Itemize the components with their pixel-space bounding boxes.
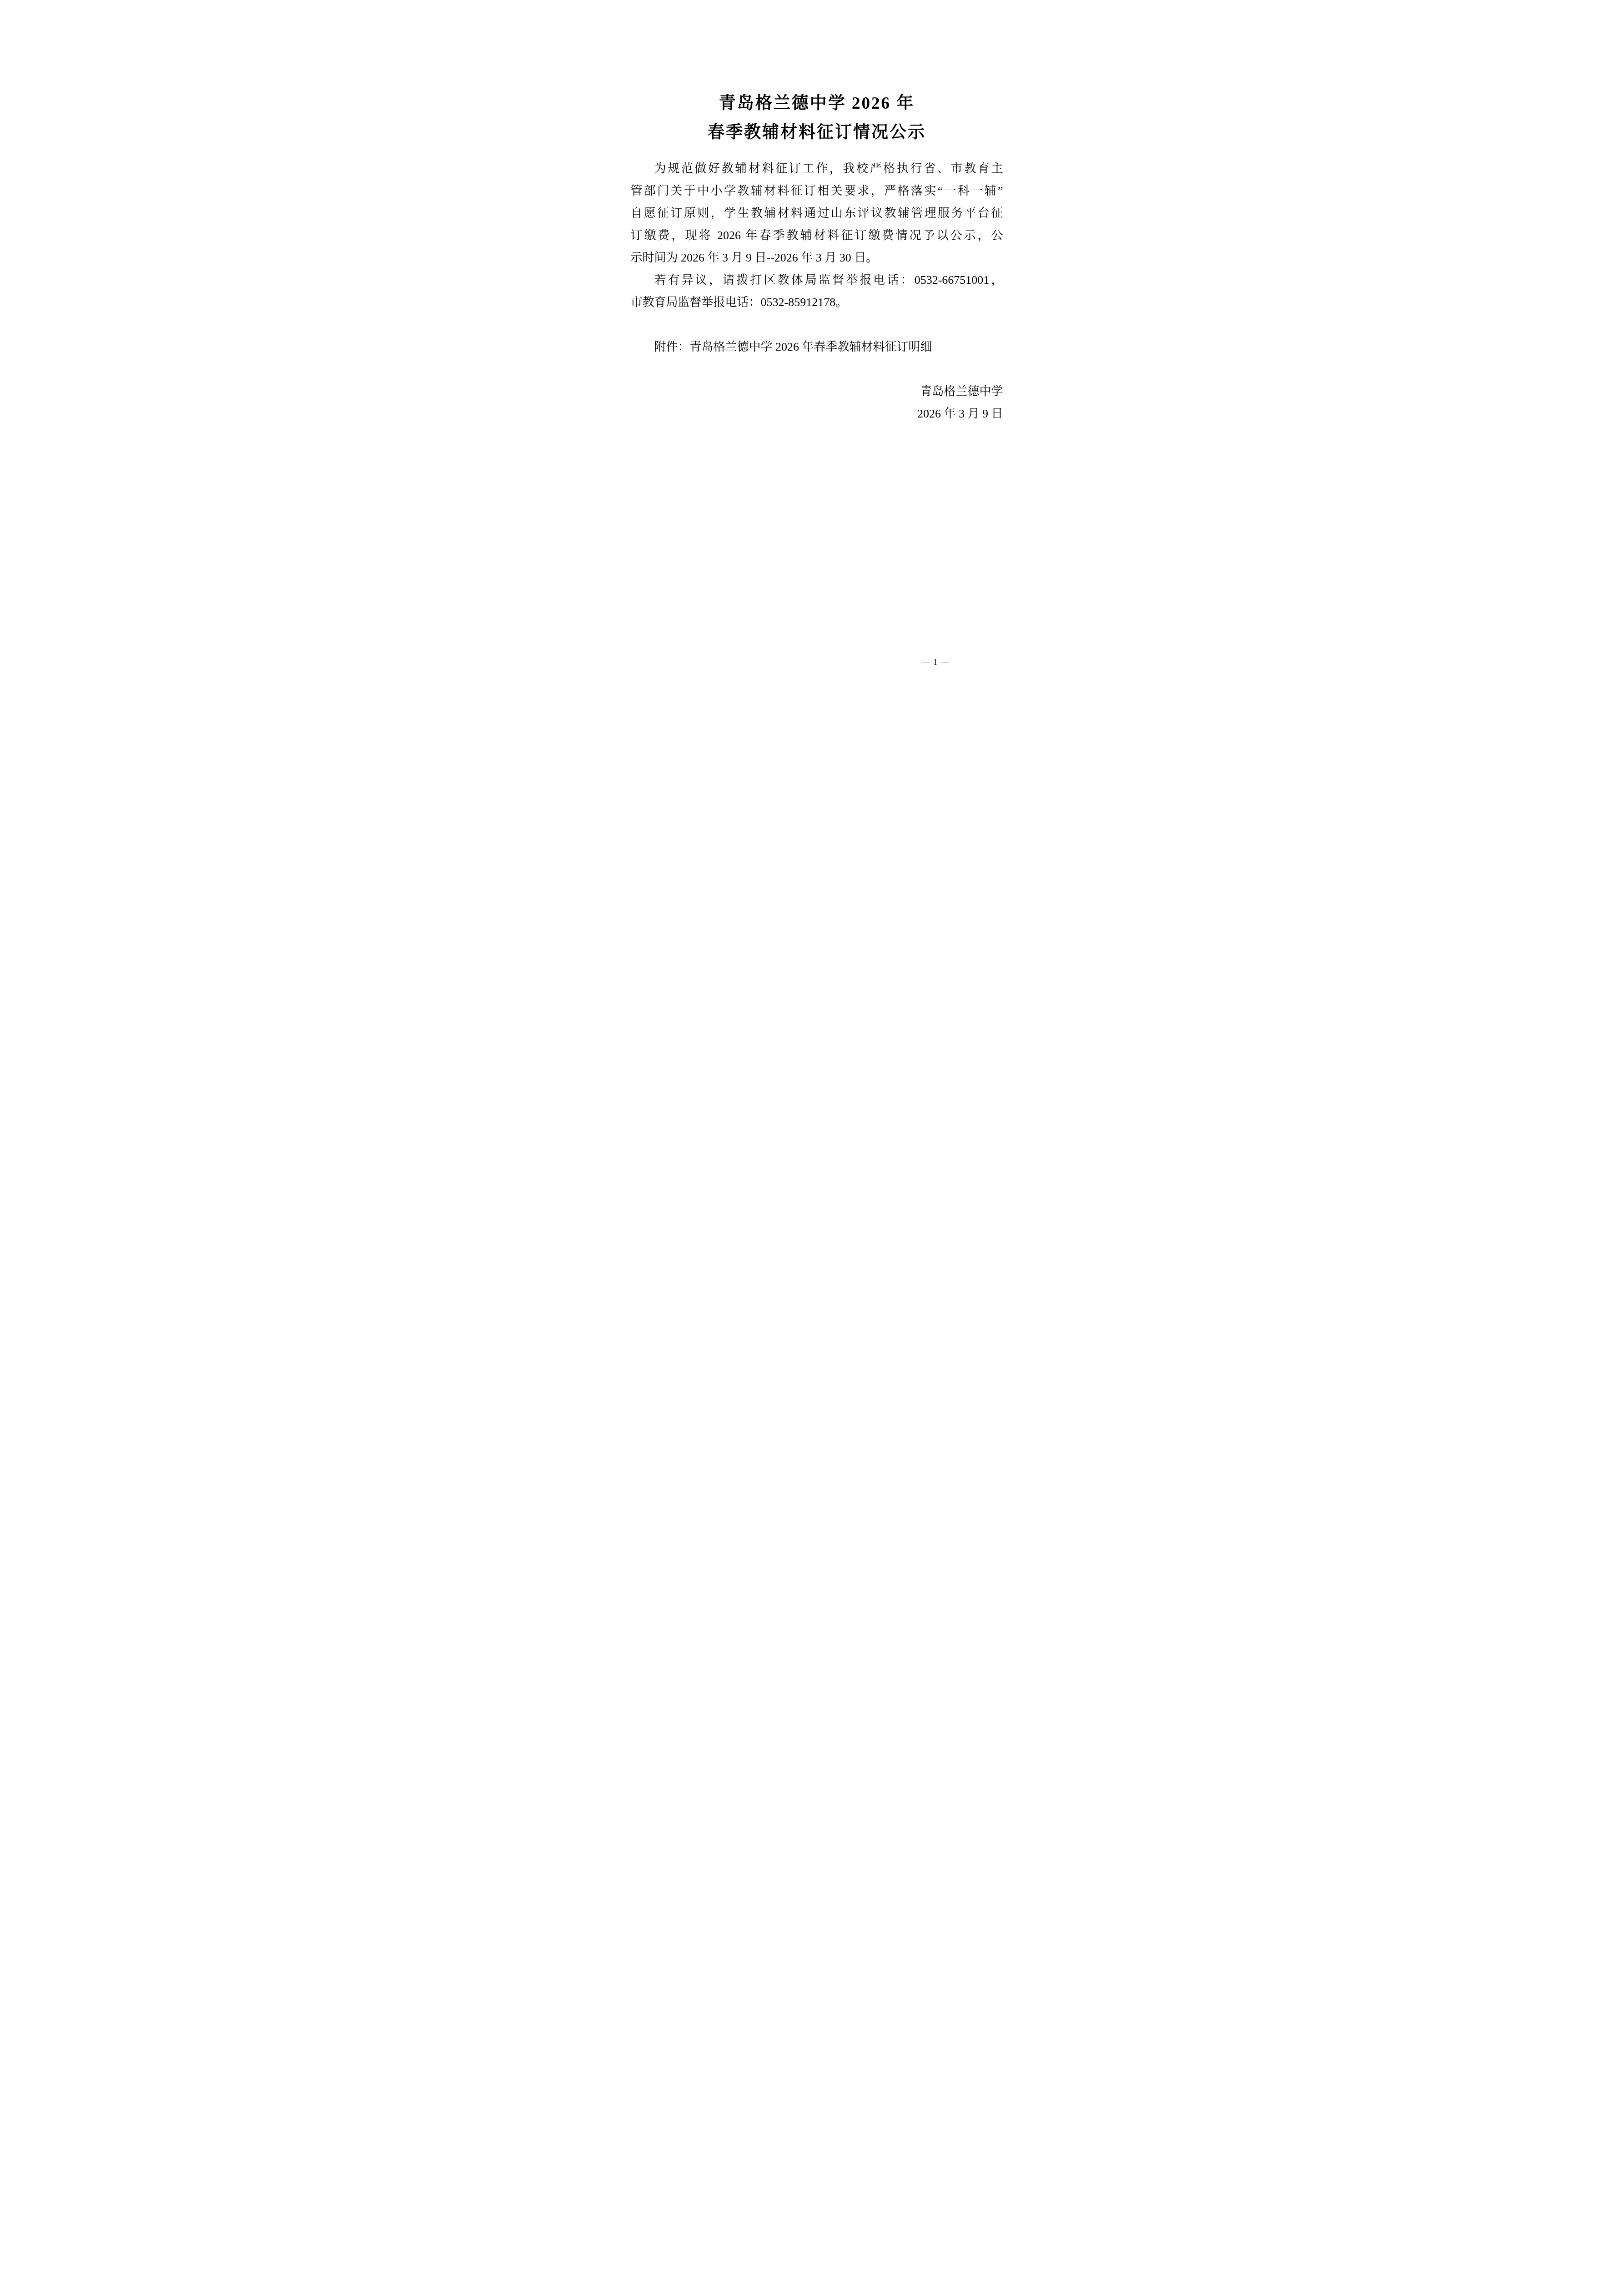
document-page: 青岛格兰德中学 2026 年 春季教辅材料征订情况公示 为规范做好教辅材料征订工… [562, 0, 1062, 708]
document-body: 为规范做好教辅材料征订工作，我校严格执行省、市教育主 管部门关于中小学教辅材料征… [631, 157, 1003, 425]
document-content: 青岛格兰德中学 2026 年 春季教辅材料征订情况公示 为规范做好教辅材料征订工… [562, 0, 1062, 425]
paragraph-1-line-5: 示时间为 2026 年 3 月 9 日--2026 年 3 月 30 日。 [631, 247, 1003, 269]
paragraph-2-line-2: 市教育局监督举报电话：0532-85912178。 [631, 291, 1003, 313]
signature-date: 2026 年 3 月 9 日 [631, 402, 1003, 425]
paragraph-1-line-2: 管部门关于中小学教辅材料征订相关要求，严格落实“一科一辅” [631, 180, 1003, 202]
paragraph-1-line-3: 自愿征订原则，学生教辅材料通过山东评议教辅管理服务平台征 [631, 202, 1003, 224]
paragraph-2: 若有异议，请拨打区教体局监督举报电话：0532-66751001， 市教育局监督… [631, 269, 1003, 313]
signature-organization: 青岛格兰德中学 [631, 380, 1003, 402]
paragraph-2-line-1: 若有异议，请拨打区教体局监督举报电话：0532-66751001， [631, 269, 1003, 291]
paragraph-1-line-1: 为规范做好教辅材料征订工作，我校严格执行省、市教育主 [631, 157, 1003, 180]
signature-block: 青岛格兰德中学 2026 年 3 月 9 日 [631, 380, 1003, 425]
title-line-2: 春季教辅材料征订情况公示 [631, 118, 1003, 147]
attachment-line: 附件：青岛格兰德中学 2026 年春季教辅材料征订明细 [631, 336, 1003, 358]
paragraph-1: 为规范做好教辅材料征订工作，我校严格执行省、市教育主 管部门关于中小学教辅材料征… [631, 157, 1003, 269]
page-number: — 1 — [921, 658, 950, 667]
title-line-1: 青岛格兰德中学 2026 年 [631, 89, 1003, 118]
document-title: 青岛格兰德中学 2026 年 春季教辅材料征订情况公示 [631, 89, 1003, 147]
paragraph-1-line-4: 订缴费，现将 2026 年春季教辅材料征订缴费情况予以公示，公 [631, 224, 1003, 247]
